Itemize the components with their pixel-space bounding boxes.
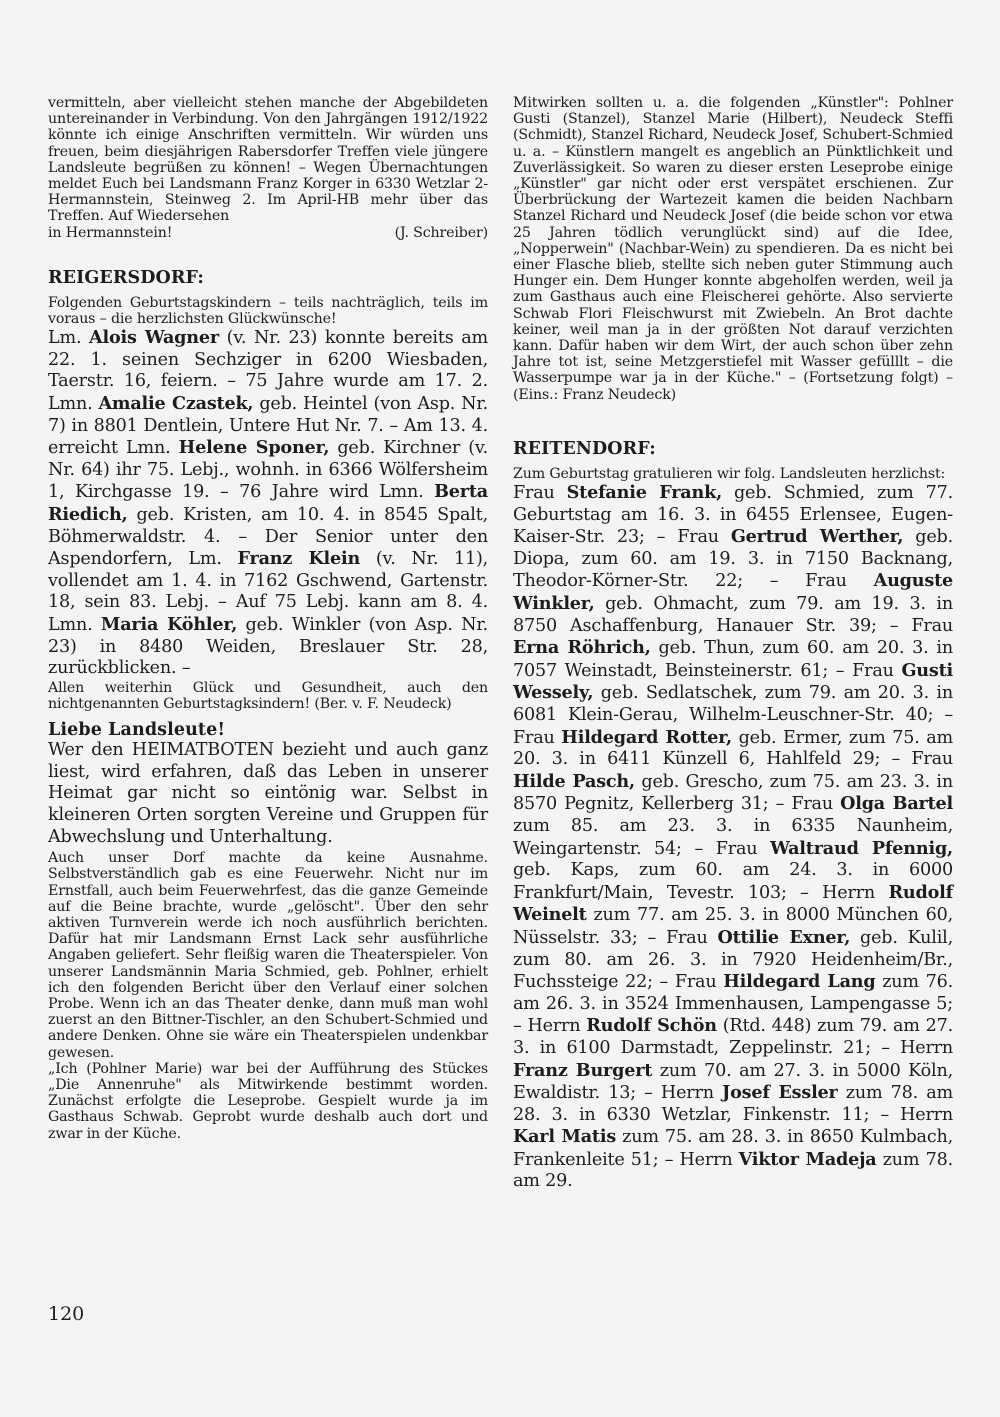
person-name: Helene Sponer,	[179, 437, 330, 458]
liebe-landsleute-lead: Wer den HEIMATBOTEN bezieht und auch gan…	[48, 740, 488, 848]
right-column: Mitwirken sollten u. a. die folgenden „K…	[513, 95, 953, 1193]
intro-signature: (J. Schreiber)	[395, 225, 488, 241]
page-number: 120	[48, 1303, 84, 1325]
reigersdorf-closing: Allen weiterhin Glück und Gesundheit, au…	[48, 680, 488, 712]
entry-details: geb. Kaps, zum 60. am 24. 3. in 6000 Fra…	[513, 860, 953, 903]
section-heading-liebe-landsleute: Liebe Landsleute!	[48, 720, 488, 740]
story-continuation: Mitwirken sollten u. a. die folgenden „K…	[513, 95, 953, 403]
intro-paragraph: vermitteln, aber vielleicht stehen manch…	[48, 95, 488, 225]
section-heading-reitendorf: REITENDORF:	[513, 438, 953, 460]
person-name: Franz Burgert	[513, 1060, 652, 1081]
person-name: Alois Wagner	[89, 327, 219, 348]
person-name: Gertrud Werther,	[731, 526, 903, 547]
person-name: Franz Klein	[238, 548, 361, 569]
reitendorf-intro: Zum Geburtstag gratulieren wir folg. Lan…	[513, 466, 953, 482]
liebe-landsleute-body: Auch unser Dorf machte da keine Ausnahme…	[48, 850, 488, 1061]
entry-prefix: Frau	[513, 483, 567, 503]
intro-signature-line: in Hermannstein! (J. Schreiber)	[48, 225, 488, 241]
person-name: Maria Köhler,	[101, 614, 237, 635]
reigersdorf-birthday-list: Lm. Alois Wagner (v. Nr. 23) konnte bere…	[48, 327, 488, 680]
reitendorf-birthday-list: Frau Stefanie Frank, geb. Schmied, zum 7…	[513, 482, 953, 1193]
person-name: Josef Essler	[722, 1082, 838, 1103]
person-name: Rudolf Schön	[586, 1015, 717, 1036]
person-name: Hildegard Rotter,	[561, 727, 732, 748]
person-name: Stefanie Frank,	[567, 482, 722, 503]
person-name: Karl Matis	[513, 1126, 616, 1147]
person-name: Amalie Czastek,	[98, 393, 253, 414]
person-name: Hilde Pasch,	[513, 771, 635, 792]
intro-closing: in Hermannstein!	[48, 225, 172, 241]
reigersdorf-intro: Folgenden Geburtstagskindern – teils nac…	[48, 295, 488, 327]
liebe-landsleute-quote: „Ich (Pohlner Marie) war bei der Aufführ…	[48, 1061, 488, 1142]
section-heading-reigersdorf: REIGERSDORF:	[48, 267, 488, 289]
person-name: Hildegard Lang	[723, 971, 875, 992]
person-name: Erna Röhrich,	[513, 637, 651, 658]
left-column: vermitteln, aber vielleicht stehen manch…	[48, 95, 488, 1142]
person-name: Waltraud Pfennig,	[770, 838, 953, 859]
person-name: Viktor Madeja	[739, 1149, 877, 1170]
person-name: Olga Bartel	[840, 793, 953, 814]
person-name: Ottilie Exner,	[717, 927, 850, 948]
entry-prefix: Lm.	[48, 328, 89, 348]
